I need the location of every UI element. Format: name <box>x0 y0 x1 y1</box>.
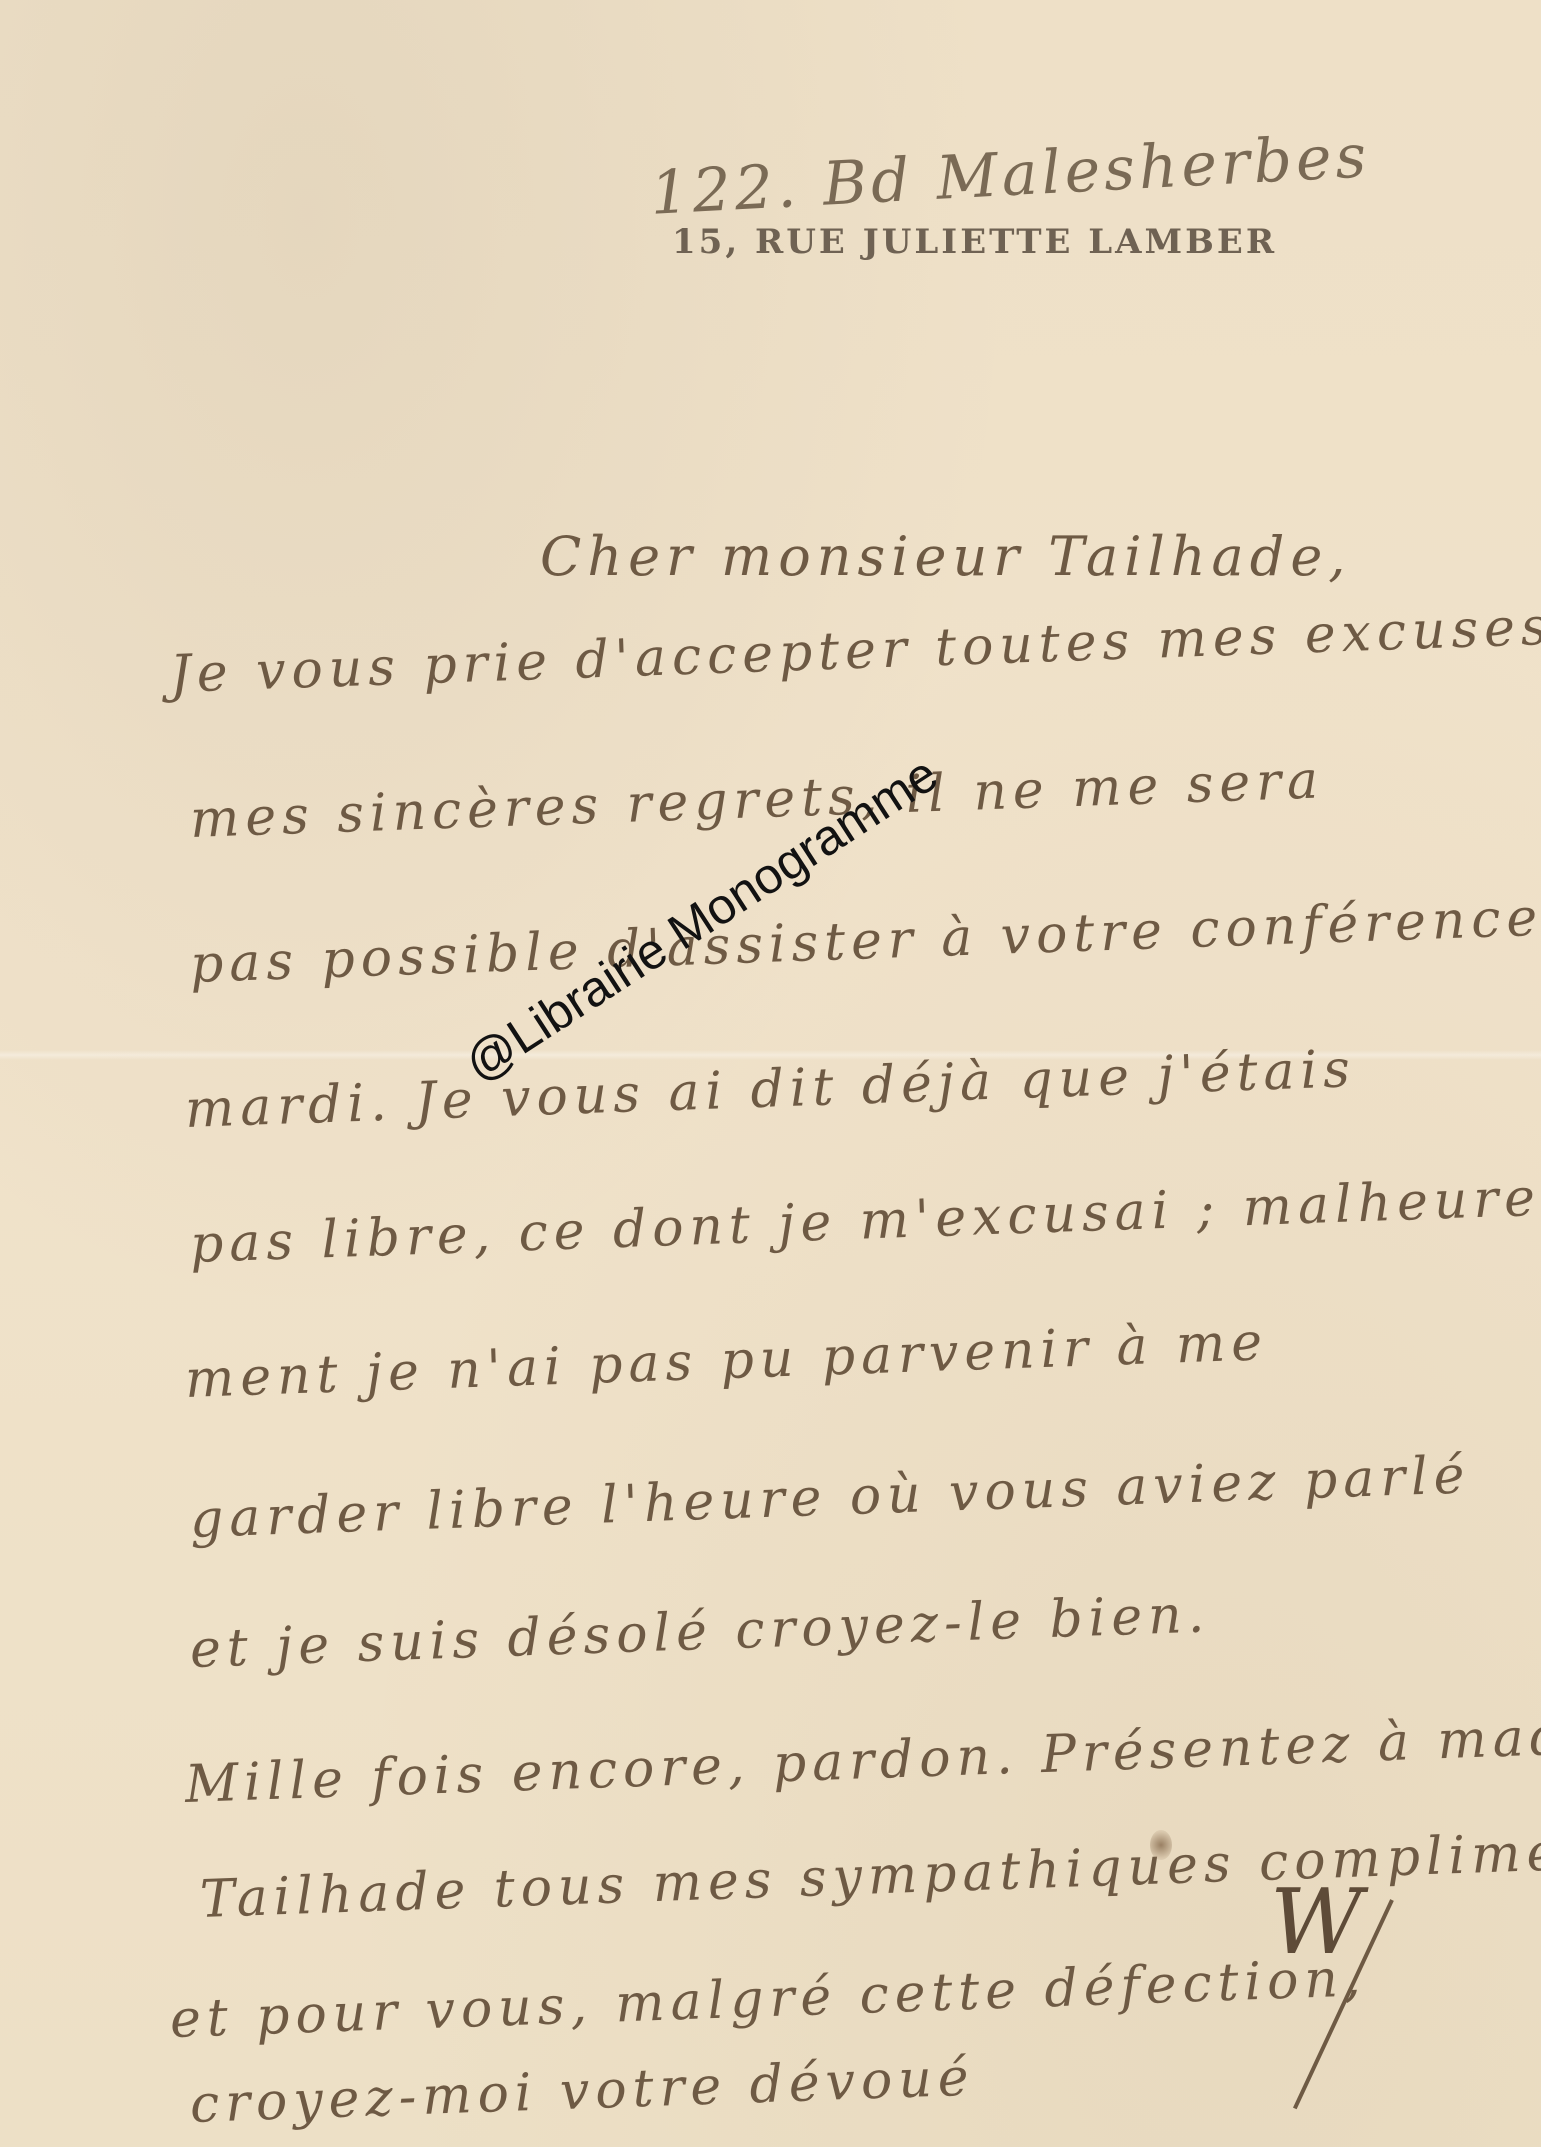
printed-letterhead: 15, RUE JULIETTE LAMBER <box>672 222 1277 262</box>
ink-stain <box>1150 1830 1172 1860</box>
signature: W <box>1270 1870 1363 1975</box>
salutation: Cher monsieur Tailhade, <box>540 525 1351 588</box>
